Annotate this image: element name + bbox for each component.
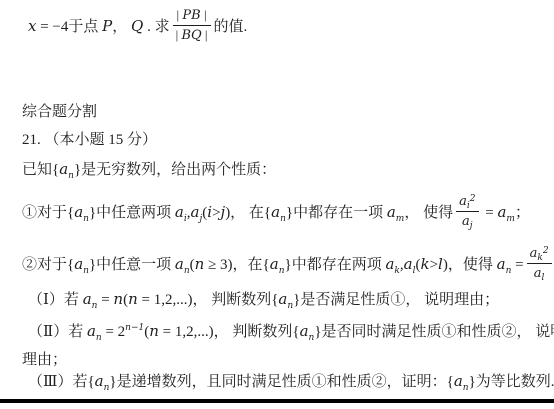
math-variable: a (59, 160, 68, 178)
math-subscript: j (470, 221, 473, 231)
math-variable: a (87, 322, 96, 340)
fraction-numerator: ai2 (456, 193, 478, 212)
math-subscript: k (394, 266, 399, 276)
math-subscript: n (83, 266, 89, 276)
fraction-numerator: | PB | (173, 7, 211, 26)
math-subscript: l (542, 273, 545, 283)
section-divider-label: 综合题分割 (22, 102, 97, 122)
math-variable: a (74, 203, 83, 221)
math-variable: a (83, 290, 92, 308)
math-variable: a (175, 203, 184, 221)
math-variable: a (271, 203, 280, 221)
subquestion-1-line: （Ⅰ）若 an = n(n = 1,2,...)， 判断数列{an}是否满足性质… (28, 289, 499, 310)
math-variable: a (387, 203, 396, 221)
math-subscript: n (287, 301, 293, 311)
math-variable: a (534, 266, 542, 281)
math-subscript: m (396, 214, 405, 224)
math-variable: n (195, 255, 205, 273)
fraction-denominator: al (527, 264, 552, 282)
math-variable: a (404, 255, 413, 273)
math-subscript: n (68, 171, 74, 181)
math-subscript: n (92, 301, 98, 311)
math-variable: j (221, 203, 226, 221)
math-subscript: n (104, 383, 110, 393)
math-variable: a (74, 255, 83, 273)
math-superscript: 2 (470, 194, 476, 204)
math-variable: a (497, 255, 506, 273)
math-subscript: l (413, 266, 416, 276)
math-fraction: | PB || BQ | (173, 7, 211, 45)
math-variable: a (459, 194, 467, 209)
math-superscript: 2 (543, 246, 549, 256)
question-line-pb-bq-ratio: x = −4于点 P， Q . 求| PB || BQ |的值. (28, 6, 247, 47)
document-page: x = −4于点 P， Q . 求| PB || BQ |的值. 综合题分割 2… (0, 0, 554, 409)
math-variable: n (149, 322, 159, 340)
math-variable: a (454, 372, 463, 390)
math-variable: a (175, 255, 184, 273)
math-subscript: n (184, 266, 190, 276)
math-variable: a (270, 255, 279, 273)
math-variable: n (128, 290, 138, 308)
math-subscript: n (96, 333, 102, 343)
fraction-denominator: aj (456, 212, 478, 230)
math-variable: P (102, 17, 112, 35)
math-variable: BQ (181, 28, 201, 43)
fraction-denominator: | BQ | (173, 26, 211, 44)
math-variable: Q (131, 17, 143, 35)
math-subscript: n (309, 333, 315, 343)
math-subscript: n (83, 214, 89, 224)
math-variable: a (95, 372, 104, 390)
math-superscript: n−1 (125, 323, 144, 333)
fraction-numerator: ak2 (527, 245, 552, 264)
math-subscript: j (199, 214, 202, 224)
math-variable: a (462, 214, 470, 229)
math-fraction: ak2al (527, 245, 552, 283)
math-subscript: n (506, 266, 512, 276)
property-1-line: ①对于{an}中任意两项 ai,aj(i>j)， 在{an}中都存在一项 am，… (22, 192, 530, 233)
property-2-line: ②对于{an}中任意一项 an(n ≥ 3)，在{an}中都存在两项 ak,al… (22, 244, 554, 285)
math-variable: l (438, 255, 443, 273)
problem-intro-line: 已知{an}是无穷数列，给出两个性质： (22, 159, 276, 180)
math-variable: n (113, 290, 123, 308)
math-subscript: i (184, 214, 187, 224)
math-subscript: n (279, 266, 285, 276)
math-subscript: m (506, 214, 515, 224)
problem-number-heading: 21. （本小题 15 分） (22, 130, 157, 150)
bottom-divider-bar (0, 399, 554, 403)
math-variable: k (420, 255, 429, 273)
math-variable: PB (182, 8, 200, 23)
subquestion-2-continuation: 理由； (22, 350, 67, 370)
math-subscript: n (463, 383, 469, 393)
subquestion-3-line: （Ⅲ）若{an}是递增数列，且同时满足性质①和性质②，证明：{an}为等比数列. (28, 371, 554, 392)
math-variable: x (28, 17, 36, 35)
math-subscript: n (280, 214, 286, 224)
subquestion-2-line: （Ⅱ）若 an = 2n−1(n = 1,2,...)， 判断数列{an}是否同… (28, 321, 554, 342)
math-variable: a (300, 322, 309, 340)
math-variable: i (207, 203, 212, 221)
math-fraction: ai2aj (456, 193, 478, 231)
